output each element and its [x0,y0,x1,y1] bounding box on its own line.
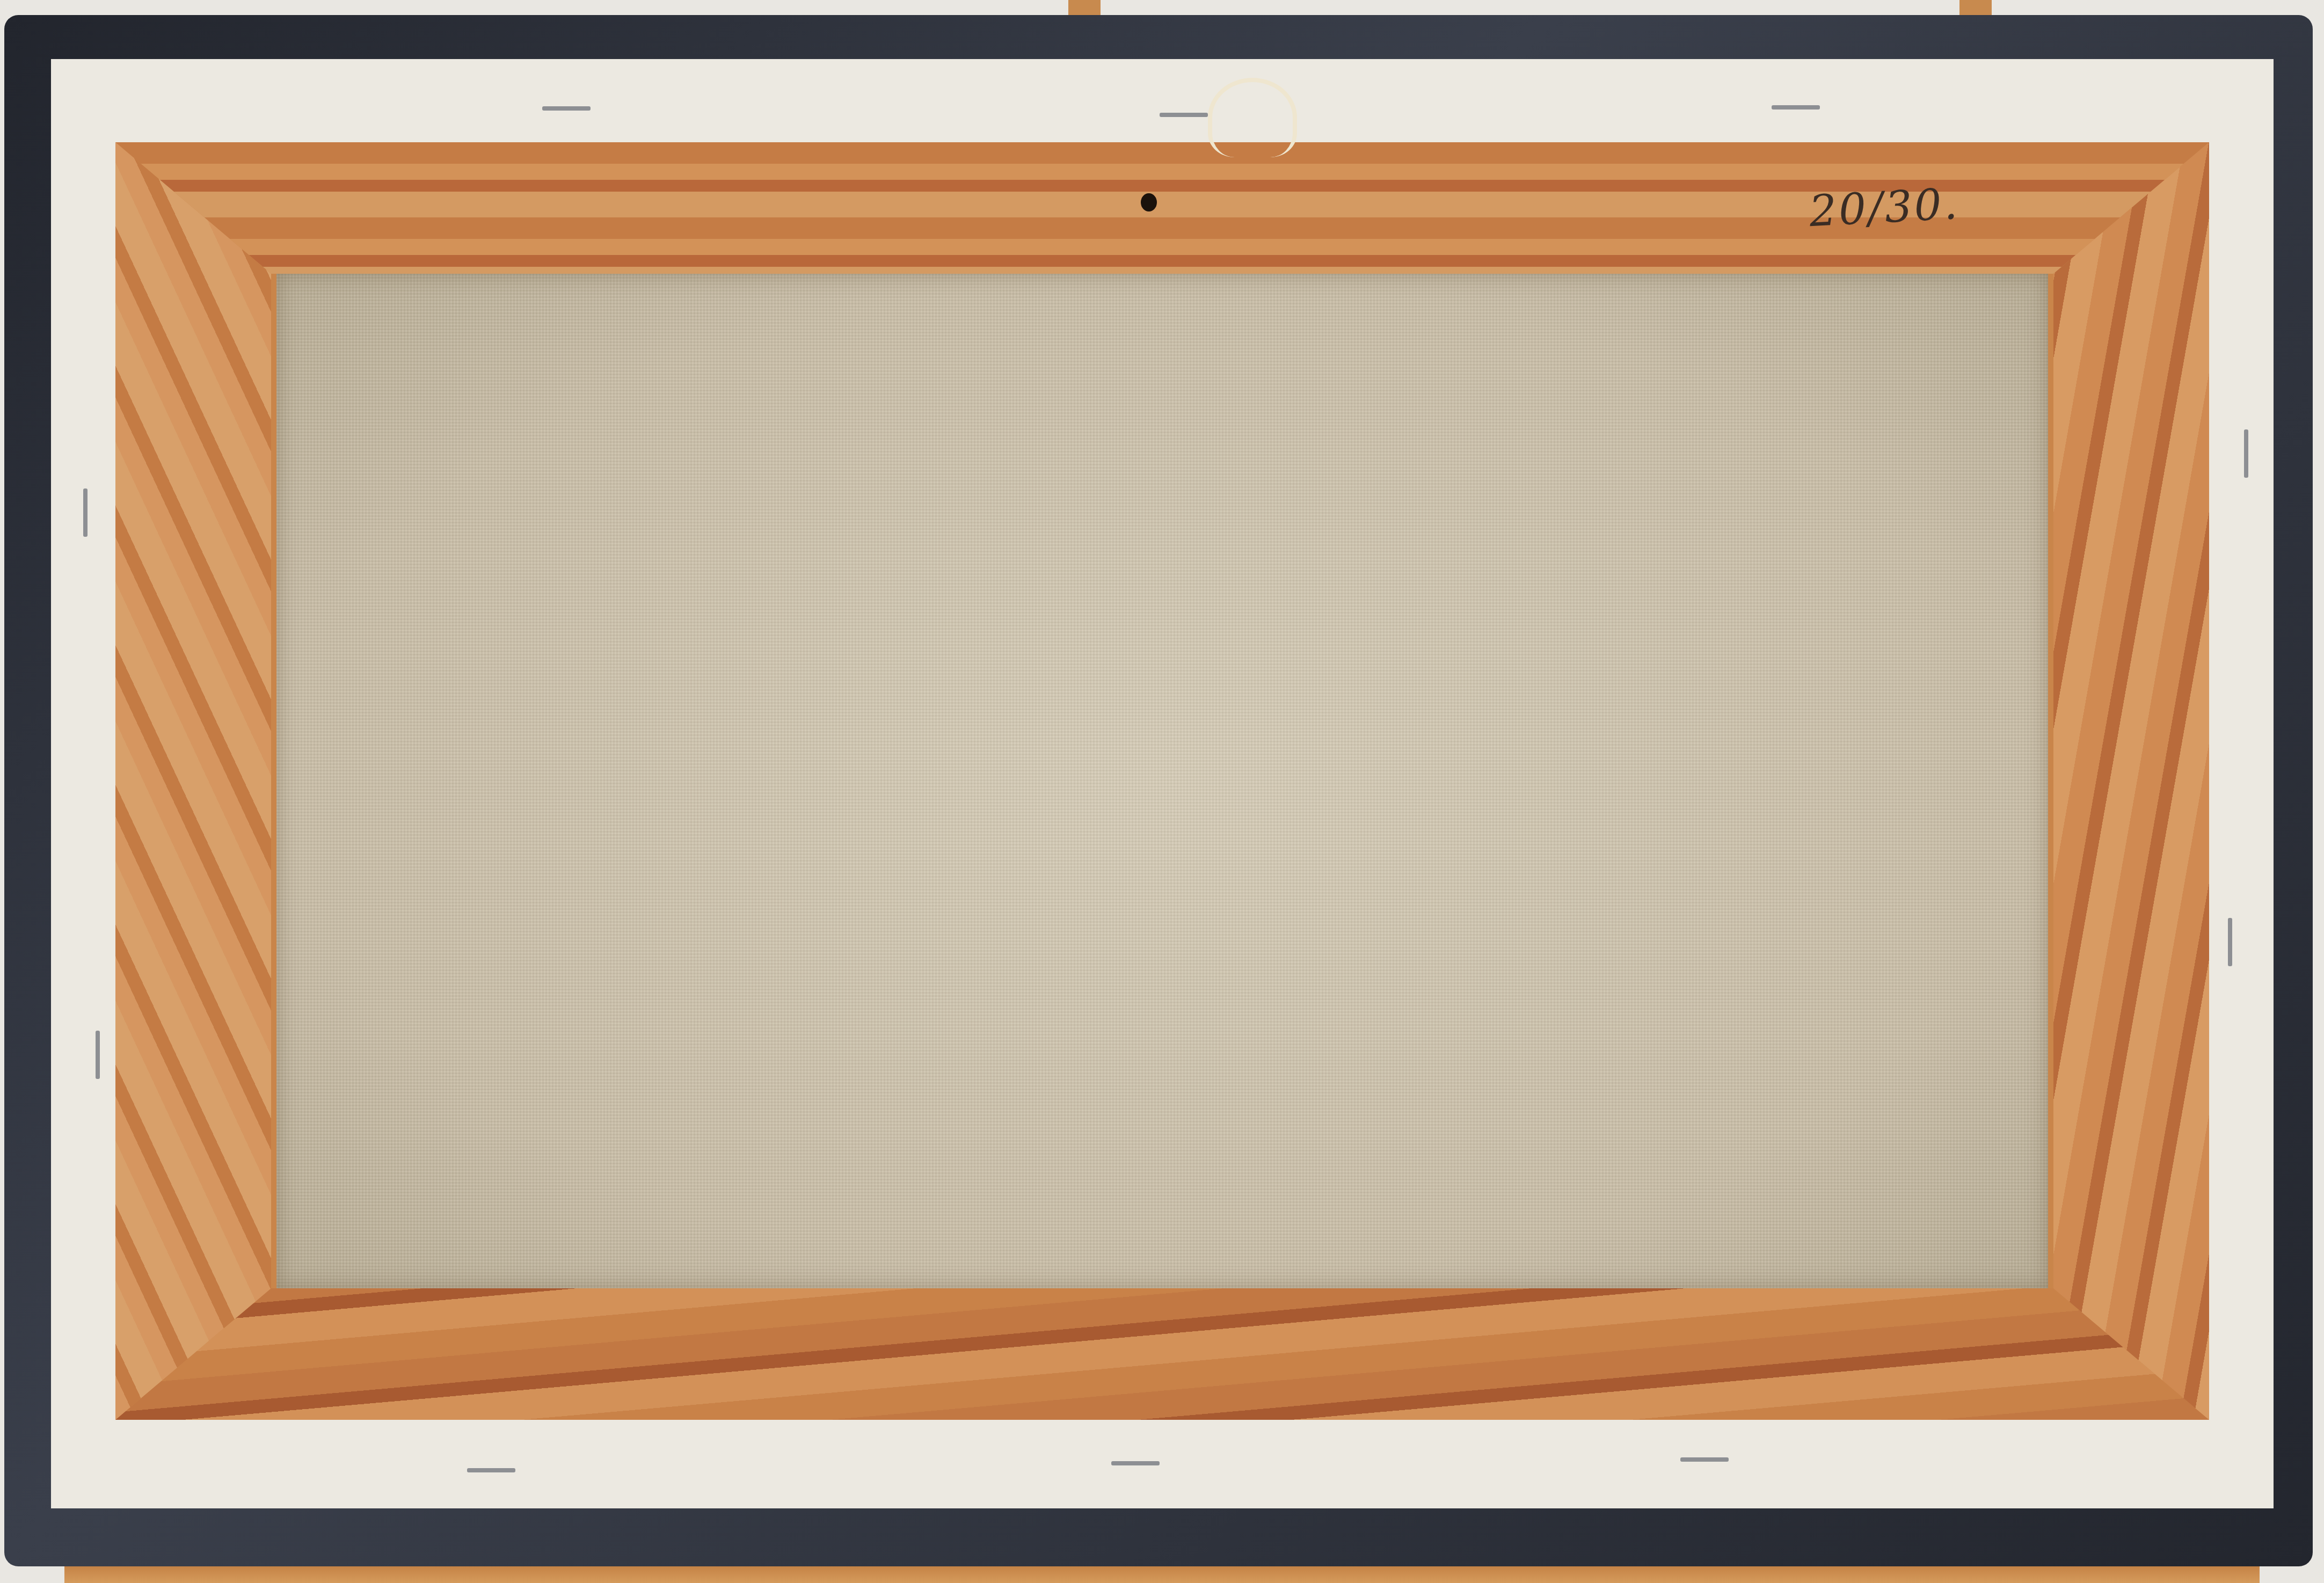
linen-back [276,274,2048,1288]
staple [1772,105,1820,110]
staple [542,106,591,111]
hanging-string [1208,78,1297,157]
staple [83,488,88,537]
staple [96,1031,100,1079]
staple [1680,1457,1729,1462]
stretcher-bar-left [115,142,271,1420]
staple [2228,918,2232,966]
pencil-inscription: 20/30. [1808,179,1961,237]
staple [1160,113,1208,117]
nail-hole [1141,193,1157,211]
stretcher-bar-bottom [115,1288,2209,1420]
easel-top-left [1068,0,1101,16]
stretcher-frame [115,142,2209,1420]
easel-top-right [1959,0,1992,16]
stretcher-bar-right [2053,142,2209,1420]
staple [1111,1461,1160,1465]
staple [2244,429,2248,478]
staple [467,1468,515,1472]
